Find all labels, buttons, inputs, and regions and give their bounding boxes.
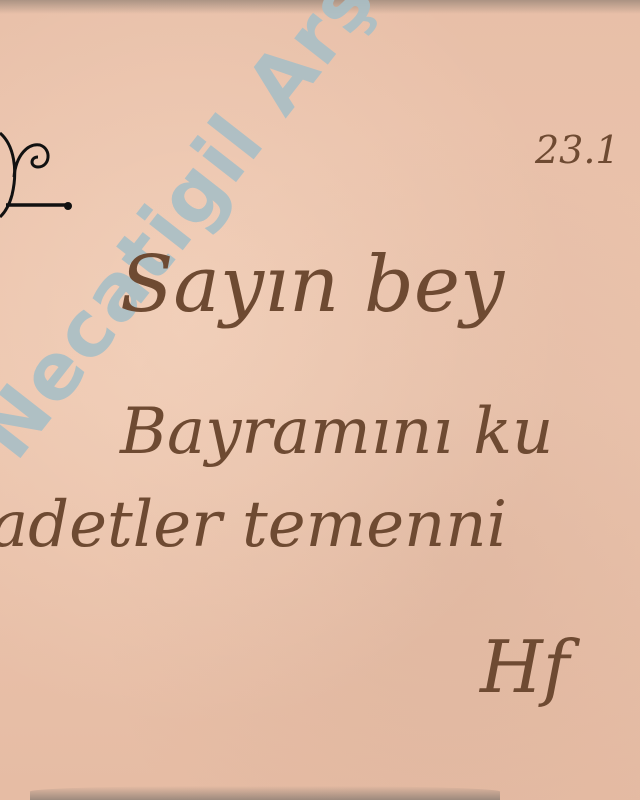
torn-edge-bottom (30, 786, 500, 800)
ornament-icon (0, 125, 80, 225)
signature: Hf (480, 625, 569, 709)
body-line-1: Bayramını ku (120, 395, 553, 469)
body-line-2: adetler temenni (0, 488, 507, 562)
greeting-text: Sayın bey (120, 240, 504, 330)
date-text: 23.1 (535, 128, 620, 172)
